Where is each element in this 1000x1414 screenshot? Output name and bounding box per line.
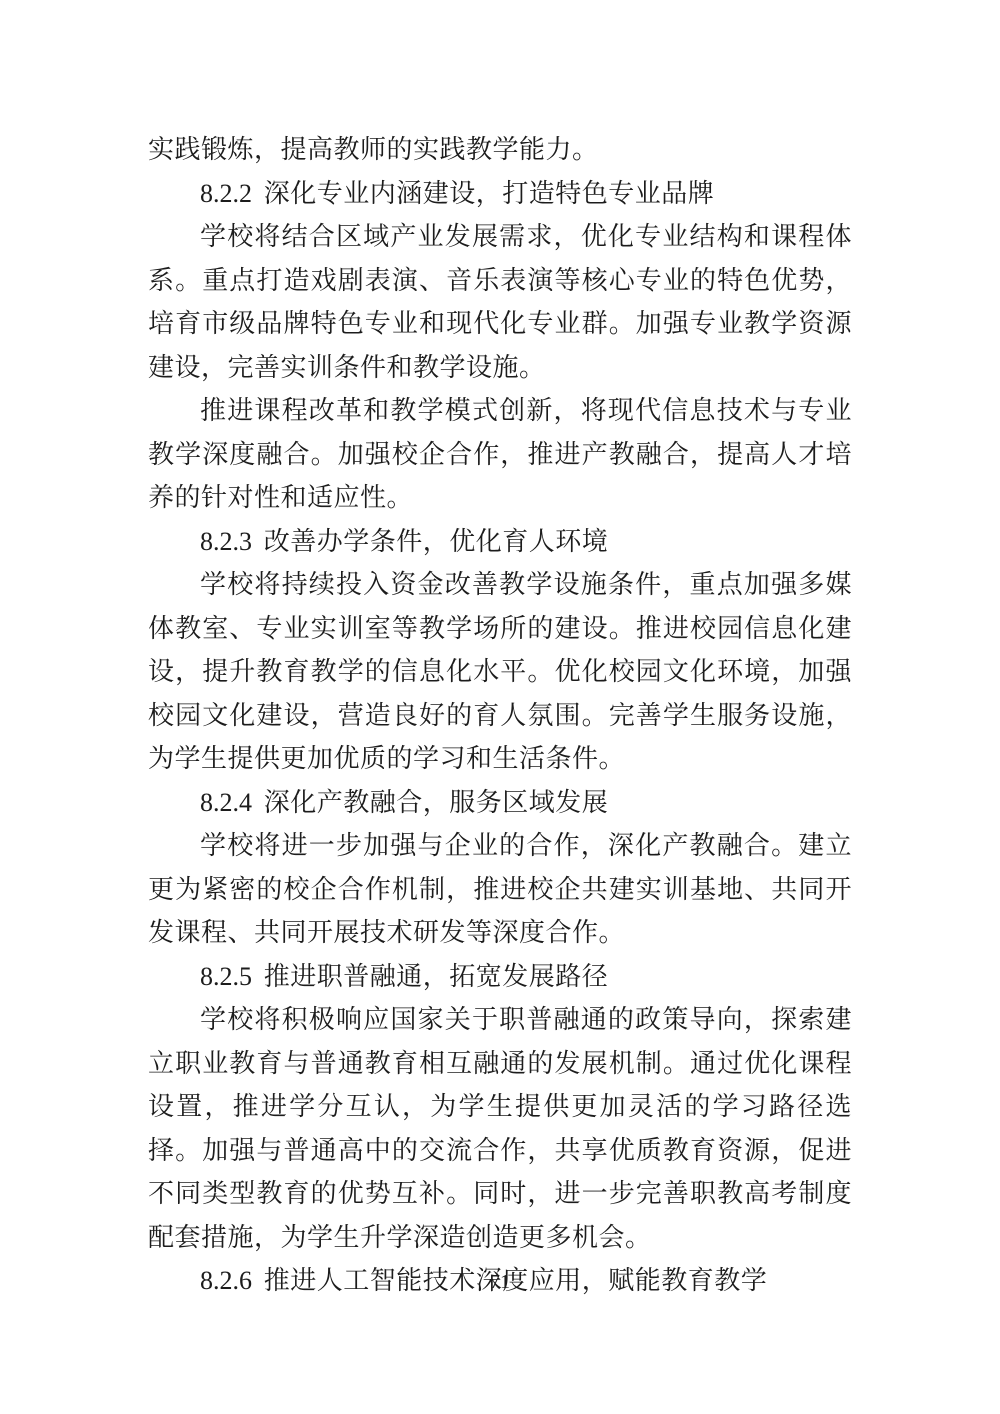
paragraph: 学校将结合区域产业发展需求，优化专业结构和课程体系。重点打造戏剧表演、音乐表演等… — [148, 215, 852, 389]
section-title: 深化专业内涵建设，打造特色专业品牌 — [264, 179, 715, 208]
section-heading-8-2-3: 8.2.3改善办学条件，优化育人环境 — [148, 520, 852, 564]
paragraph: 学校将持续投入资金改善教学设施条件，重点加强多媒体教室、专业实训室等教学场所的建… — [148, 563, 852, 781]
paragraph: 学校将进一步加强与企业的合作，深化产教融合。建立更为紧密的校企合作机制，推进校企… — [148, 824, 852, 955]
section-title: 改善办学条件，优化育人环境 — [264, 527, 609, 556]
paragraph-continuation: 实践锻炼，提高教师的实践教学能力。 — [148, 128, 852, 172]
section-heading-8-2-4: 8.2.4深化产教融合，服务区域发展 — [148, 781, 852, 825]
document-page: 实践锻炼，提高教师的实践教学能力。 8.2.2深化专业内涵建设，打造特色专业品牌… — [0, 0, 1000, 1414]
page-content: 实践锻炼，提高教师的实践教学能力。 8.2.2深化专业内涵建设，打造特色专业品牌… — [148, 128, 852, 1303]
section-title: 推进职普融通，拓宽发展路径 — [264, 962, 609, 991]
section-heading-8-2-2: 8.2.2深化专业内涵建设，打造特色专业品牌 — [148, 172, 852, 216]
section-number: 8.2.5 — [200, 962, 252, 991]
page-footer: 71 — [0, 1270, 1000, 1414]
paragraph: 学校将积极响应国家关于职普融通的政策导向，探索建立职业教育与普通教育相互融通的发… — [148, 998, 852, 1259]
paragraph: 推进课程改革和教学模式创新，将现代信息技术与专业教学深度融合。加强校企合作，推进… — [148, 389, 852, 520]
section-number: 8.2.3 — [200, 527, 252, 556]
section-title: 深化产教融合，服务区域发展 — [264, 788, 609, 817]
section-heading-8-2-5: 8.2.5推进职普融通，拓宽发展路径 — [148, 955, 852, 999]
page-number: 71 — [0, 1270, 1000, 1294]
section-number: 8.2.2 — [200, 179, 252, 208]
section-number: 8.2.4 — [200, 788, 252, 817]
